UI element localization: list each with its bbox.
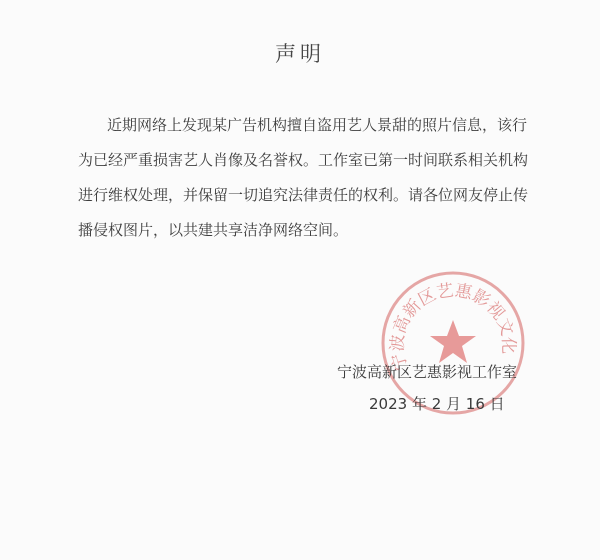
body-line: 进行维权处理，并保留一切追究法律责任的权利。请各位网友停止传	[78, 178, 528, 213]
star-icon	[430, 320, 476, 363]
body-line: 播侵权图片，以共建共享洁净网络空间。	[78, 213, 528, 248]
statement-title: 声明	[0, 38, 600, 68]
body-line: 为已经严重损害艺人肖像及名誉权。工作室已第一时间联系相关机构	[78, 143, 528, 178]
statement-body: 近期网络上发现某广告机构擅自盗用艺人景甜的照片信息，该行 为已经严重损害艺人肖像…	[78, 108, 528, 248]
body-line: 近期网络上发现某广告机构擅自盗用艺人景甜的照片信息，该行	[78, 108, 528, 143]
signature-date: 2023 年 2 月 16 日	[369, 393, 505, 414]
signature-organization: 宁波高新区艺惠影视工作室	[337, 361, 517, 382]
